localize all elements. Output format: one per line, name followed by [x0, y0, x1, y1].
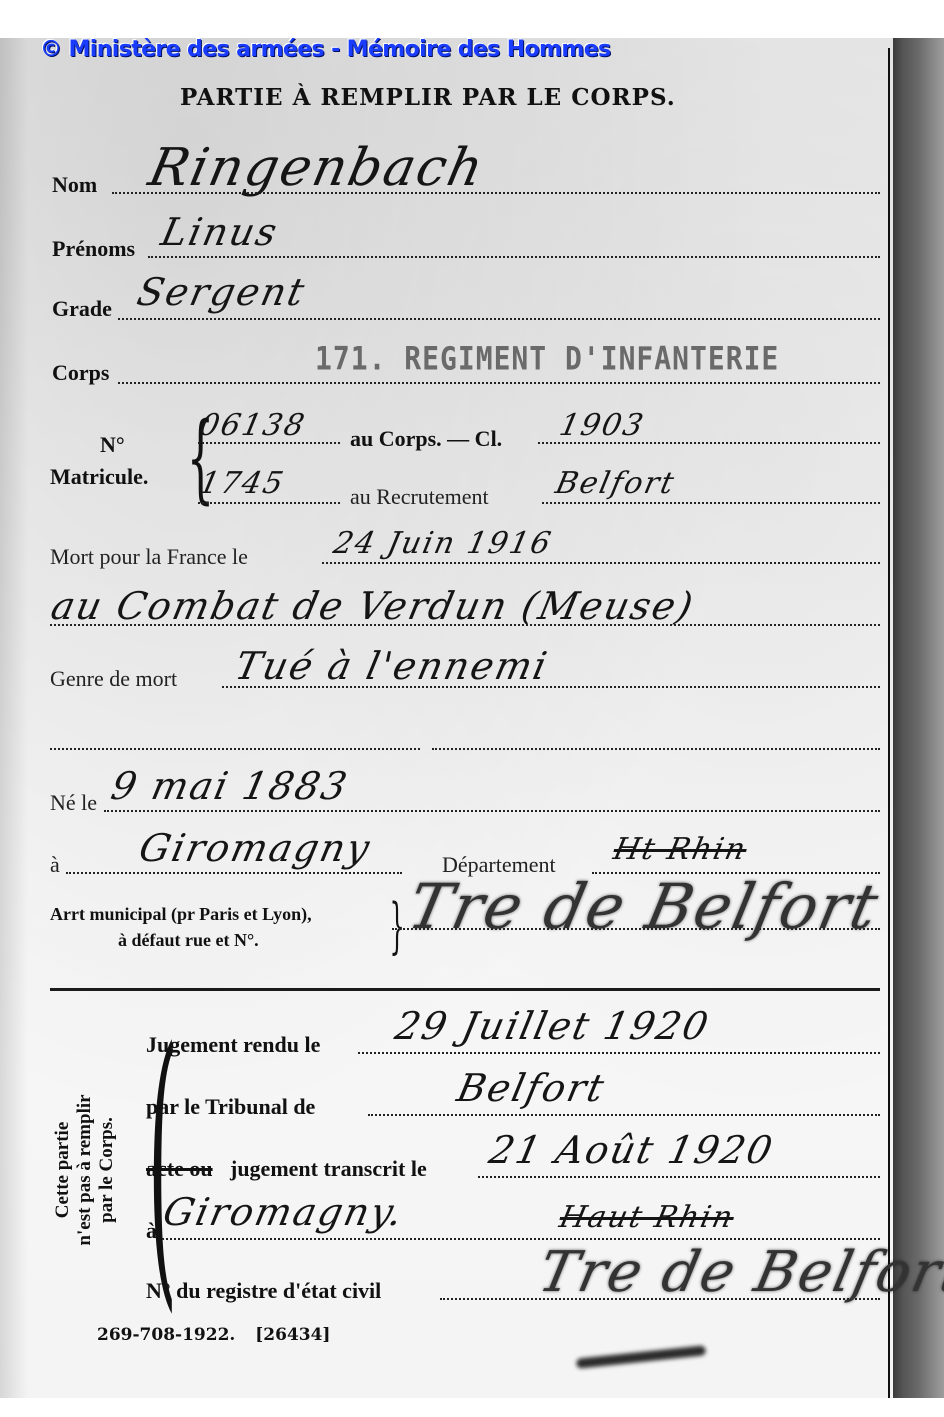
- tribunal-value: Belfort: [453, 1066, 609, 1110]
- copyright-watermark: © Ministère des armées - Mémoire des Hom…: [40, 37, 611, 62]
- mort-label: Mort pour la France le: [50, 544, 248, 570]
- au-corps-label: au Corps. — Cl.: [350, 426, 502, 452]
- genre-mort-label: Genre de mort: [50, 666, 177, 692]
- side-note-line1: Cette partie: [52, 1070, 74, 1270]
- transcrit-struck-label: acte ou: [146, 1156, 213, 1182]
- blank-dotted-line-left: [50, 748, 420, 750]
- side-note-line2: n'est pas à remplir: [74, 1070, 96, 1270]
- jugement-value: 29 Juillet 1920: [391, 1004, 714, 1048]
- jugement-label: Jugement rendu le: [146, 1032, 320, 1058]
- corps-number-value: 06138: [196, 408, 309, 443]
- arrondissement-brace: }: [389, 896, 404, 956]
- naissance-label: Né le: [50, 790, 97, 816]
- side-note-line3: par le Corps.: [96, 1070, 118, 1270]
- departement-struck-value: Ht Rhin: [610, 832, 750, 867]
- corps-label: Corps: [52, 360, 109, 386]
- transcrit-value: 21 Août 1920: [485, 1128, 778, 1172]
- arrondissement-label-line2: à défaut rue et N°.: [118, 930, 259, 951]
- transcrit-label: jugement transcrit le: [230, 1156, 427, 1182]
- page-edge-line: [888, 48, 890, 1398]
- grade-label: Grade: [52, 296, 112, 322]
- naissance-lieu-dotted-line: [66, 872, 402, 874]
- form-title: PARTIE À REMPLIR PAR LE CORPS.: [180, 84, 676, 111]
- nom-label: Nom: [52, 172, 97, 198]
- recrutement-number-dotted-line: [198, 502, 340, 504]
- prenoms-dotted-line: [148, 256, 880, 258]
- footer-code: 269-708-1922.: [97, 1325, 235, 1345]
- transcrit-dotted-line: [478, 1176, 880, 1178]
- corps-dotted-line: [118, 382, 880, 384]
- prenoms-label: Prénoms: [52, 236, 135, 262]
- recrutement-number-value: 1745: [196, 466, 288, 501]
- recrutement-place-dotted-line: [542, 502, 880, 504]
- naissance-a-label: à: [50, 852, 60, 878]
- mort-date-value: 24 Juin 1916: [330, 526, 555, 561]
- transcrit-lieu-struck-value: Haut Rhin: [556, 1200, 737, 1235]
- registre-label: N° du registre d'état civil: [146, 1278, 381, 1304]
- recrutement-place-value: Belfort: [552, 466, 678, 501]
- footer-reference: 269-708-1922. [26434]: [97, 1325, 330, 1345]
- naissance-date-dotted-line: [104, 810, 880, 812]
- departement-correction-value: Tre de Belfort: [402, 870, 886, 943]
- registre-value: Tre de Belfort: [533, 1240, 944, 1305]
- matricule-label: Matricule.: [50, 464, 148, 490]
- prenoms-value: Linus: [157, 210, 282, 254]
- regiment-stamp: 171. REGIMENT D'INFANTERIE: [315, 340, 779, 378]
- matricule-no-label: N°: [100, 432, 125, 458]
- grade-value: Sergent: [133, 270, 310, 314]
- jugement-dotted-line: [358, 1052, 880, 1054]
- mort-date-dotted-line: [322, 562, 880, 564]
- naissance-lieu-value: Giromagny: [135, 826, 375, 870]
- mort-lieu-value: au Combat de Verdun (Meuse): [47, 584, 698, 628]
- au-recrutement-label: au Recrutement: [350, 484, 489, 510]
- footer-ref: [26434]: [255, 1325, 330, 1345]
- grade-dotted-line: [118, 318, 880, 320]
- arrondissement-label-line1: Arrt municipal (pr Paris et Lyon),: [50, 904, 312, 925]
- nom-value: Ringenbach: [144, 138, 490, 198]
- book-binding: [893, 38, 944, 1398]
- naissance-date-value: 9 mai 1883: [107, 764, 352, 808]
- transcrit-lieu-label: à: [146, 1218, 157, 1244]
- tribunal-label: par le Tribunal de: [146, 1094, 315, 1120]
- classe-value: 1903: [556, 408, 648, 443]
- tribunal-dotted-line: [368, 1114, 880, 1116]
- genre-mort-value: Tué à l'ennemi: [231, 644, 552, 688]
- transcrit-lieu-value: Giromagny.: [159, 1190, 408, 1234]
- blank-dotted-line-right: [432, 748, 880, 750]
